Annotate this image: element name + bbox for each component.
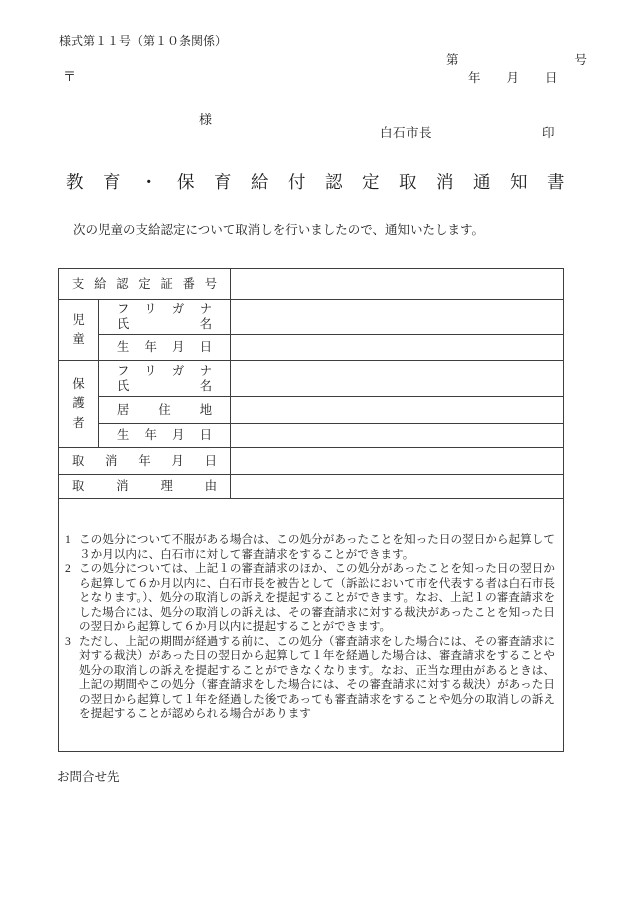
- certification-table: 支給認定証番号 児童 フリガナ 氏名 生年月日 保護者 フリガナ 氏名: [58, 268, 564, 752]
- child-birthdate-value: [231, 335, 564, 361]
- date-day-label: 日: [545, 68, 558, 86]
- child-group-label: 児童: [59, 300, 99, 361]
- note-3-number: 3: [63, 635, 79, 722]
- note-item-2: 2 この処分については、上記１の審査請求のほか、この処分があったことを知った日の…: [63, 562, 555, 635]
- child-birthdate-label: 生年月日: [99, 335, 231, 361]
- child-group-label-text: 児童: [72, 311, 84, 349]
- cancel-reason-value: [231, 475, 564, 499]
- guardian-furigana-label: フリガナ: [117, 364, 212, 379]
- guardian-name-label-cell: フリガナ 氏名: [99, 361, 231, 397]
- postal-mark: 〒: [63, 66, 76, 85]
- table-row: 児童 フリガナ 氏名: [59, 300, 564, 335]
- guardian-birthdate-value: [231, 424, 564, 448]
- child-name-value: [231, 300, 564, 335]
- note-1-number: 1: [63, 533, 79, 562]
- guardian-residence-value: [231, 397, 564, 424]
- note-3-text: ただし、上記の期間が経過する前に、この処分（審査請求をした場合には、その審査請求…: [79, 635, 555, 722]
- note-2-number: 2: [63, 562, 79, 635]
- guardian-name-value: [231, 361, 564, 397]
- cert-number-value: [231, 269, 564, 300]
- table-row: 生年月日: [59, 335, 564, 361]
- doc-number-prefix: 第: [446, 50, 459, 68]
- note-2-text: この処分については、上記１の審査請求のほか、この処分があったことを知った日の翌日…: [79, 562, 555, 635]
- cert-number-label: 支給認定証番号: [59, 269, 231, 300]
- date-year-label: 年: [468, 68, 481, 86]
- child-furigana-label: フリガナ: [117, 302, 212, 317]
- cancel-date-label: 取消年月日: [59, 448, 231, 475]
- table-row: 取消年月日: [59, 448, 564, 475]
- guardian-residence-label: 居住地: [99, 397, 231, 424]
- document-title: 教育・保育給付認定取消通知書: [0, 169, 630, 194]
- intro-text: 次の児童の支給認定について取消しを行いましたので、通知いたします。: [73, 220, 484, 238]
- addressee-honorific: 様: [199, 109, 212, 128]
- note-item-3: 3 ただし、上記の期間が経過する前に、この処分（審査請求をした場合には、その審査…: [63, 635, 555, 722]
- note-1-text: この処分について不服がある場合は、この処分があったことを知った日の翌日から起算し…: [79, 533, 555, 562]
- guardian-name-label: 氏名: [117, 379, 212, 394]
- document-page: 様式第１１号（第１０条関係） 第 号 年 月 日 〒 様 白石市長 印 教育・保…: [0, 0, 630, 903]
- guardian-group-label-text: 保護者: [72, 375, 84, 432]
- guardian-group-label: 保護者: [59, 361, 99, 448]
- date-month-label: 月: [507, 68, 520, 86]
- contact-label: お問合せ先: [57, 767, 120, 785]
- date-line: 年 月 日: [468, 68, 558, 86]
- cancel-date-value: [231, 448, 564, 475]
- child-name-label-cell: フリガナ 氏名: [99, 300, 231, 335]
- seal-mark: 印: [542, 123, 555, 141]
- doc-number-line: 第 号: [446, 50, 587, 68]
- cancel-reason-label: 取消理由: [59, 475, 231, 499]
- doc-number-suffix: 号: [574, 50, 587, 68]
- notes-row: 1 この処分について不服がある場合は、この処分があったことを知った日の翌日から起…: [59, 499, 564, 752]
- note-item-1: 1 この処分について不服がある場合は、この処分があったことを知った日の翌日から起…: [63, 533, 555, 562]
- table-row: 支給認定証番号: [59, 269, 564, 300]
- form-number: 様式第１１号（第１０条関係）: [59, 32, 227, 49]
- table-row: 生年月日: [59, 424, 564, 448]
- table-row: 保護者 フリガナ 氏名: [59, 361, 564, 397]
- child-name-label: 氏名: [117, 317, 212, 332]
- table-row: 居住地: [59, 397, 564, 424]
- guardian-birthdate-label: 生年月日: [99, 424, 231, 448]
- table-row: 取消理由: [59, 475, 564, 499]
- notes-box: 1 この処分について不服がある場合は、この処分があったことを知った日の翌日から起…: [59, 499, 564, 752]
- issuer-name: 白石市長: [380, 123, 432, 141]
